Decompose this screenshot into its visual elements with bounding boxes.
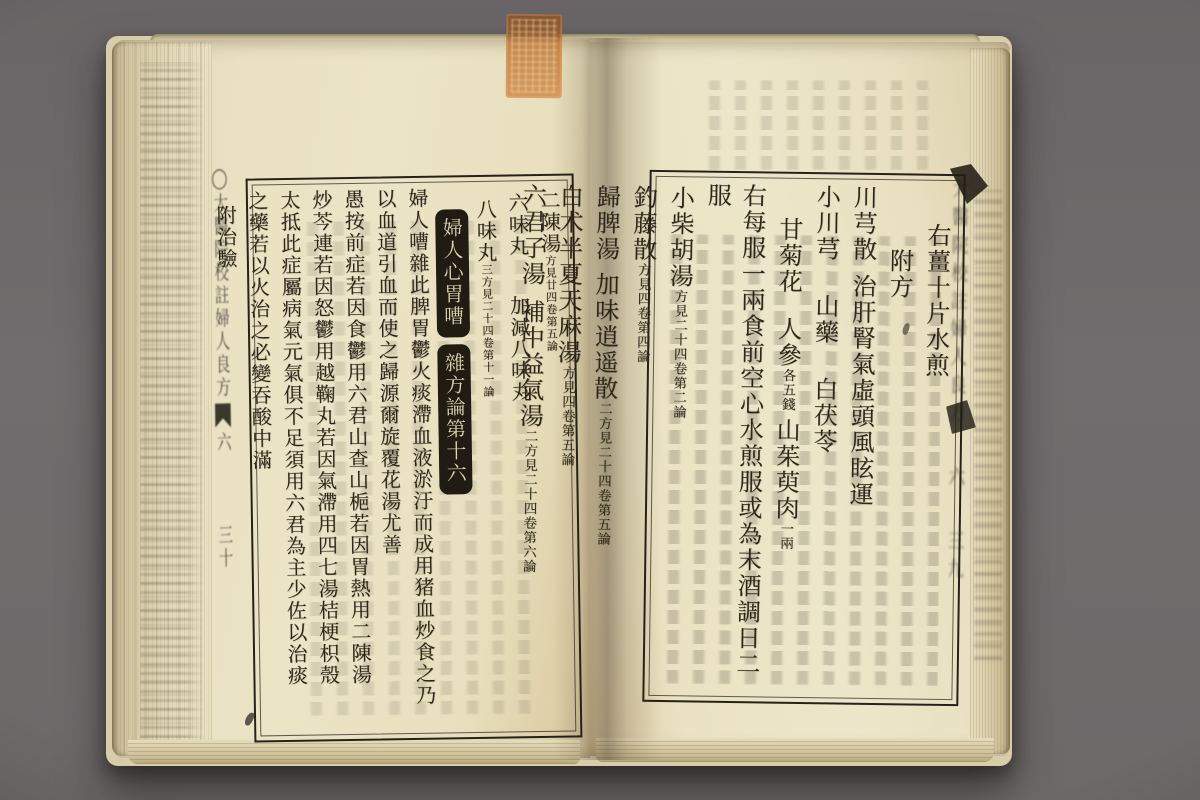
column-text: 山藥	[810, 293, 839, 345]
cross-reference-note: 各五錢	[779, 368, 795, 412]
chapter-title-cartouche: 婦人心胃嘈雜方論第十六	[435, 183, 477, 731]
body-line-3: 愚按前症若因食鬱用六君山查山梔若因胃熱用二陳湯	[339, 185, 377, 733]
column-text: 白茯苓	[809, 376, 838, 454]
cross-reference-note: 二方見二十四卷第五論	[594, 402, 611, 547]
column-text: 六君子湯	[517, 183, 546, 287]
column-text: 山茱萸肉	[771, 418, 800, 522]
decoction-instruction: 右薑十片水煎	[913, 182, 955, 698]
column-text: 川芎散	[848, 184, 877, 262]
usage-instruction: 右每服一兩食前空心水煎服或為末酒調日二服	[693, 179, 770, 696]
right-page-text: 右薑十片水煎附方川芎散治肝腎氣虛頭風眩運小川芎山藥白茯苓甘菊花人參各五錢山茱萸肉…	[652, 178, 955, 698]
cross-reference-note: 方見四卷第五論	[559, 366, 575, 467]
column-text: 之藥若以火治之必變吞酸中滿	[245, 190, 273, 471]
column-gap	[862, 262, 863, 273]
photo-background: { "photo": { "background_color": "#6f6b6…	[0, 0, 1200, 800]
body-line-1: 婦人嘈雜此脾胃鬱火痰滯血液淤汙而成用猪血炒食之乃	[403, 184, 441, 732]
diaoteng-san: 釣藤散方見四卷第四論	[619, 177, 661, 693]
body-line-4: 炒芩連若因怒鬱用越鞠丸若因氣滯用四七湯桔梗枳殼	[307, 185, 345, 733]
collector-seal	[506, 14, 563, 98]
cross-reference-note: 方見四卷第四論	[634, 263, 650, 364]
column-text: 太抵此症屬病氣元氣俱不足須用六君為主少佐以治痰	[277, 190, 309, 687]
column-gap	[823, 345, 824, 376]
column-text: 歸脾湯	[591, 184, 620, 262]
cross-reference-note: 二方見二十四卷第六論	[520, 429, 537, 574]
column-text: 小川芎	[811, 184, 840, 262]
guipi-tang: 歸脾湯加味逍遥散二方見二十四卷第五論	[582, 177, 624, 693]
chapter-title-bar: 婦人心胃嘈	[435, 209, 470, 338]
column-text: 治肝腎氣虛頭風眩運	[845, 273, 876, 507]
seal-script-pattern	[511, 19, 558, 93]
cross-reference-note: 三方見二十四卷第十一論	[480, 264, 495, 398]
column-text: 釣藤散	[628, 185, 657, 263]
chuanxiong-san: 川芎散治肝腎氣虛頭風眩運	[839, 181, 881, 697]
column-text: 加味逍遥散	[589, 272, 619, 402]
column-gap	[787, 295, 788, 317]
column-text: 八味丸	[473, 199, 498, 264]
body-line-2: 以血道引血而使之歸源爾旋覆花湯尤善	[371, 184, 409, 732]
column-text: 以血道引血而使之歸源爾旋覆花湯尤善	[373, 188, 403, 556]
right-edge-ink-specks	[974, 190, 1002, 660]
column-gap	[530, 287, 531, 299]
column-text: 附方	[885, 248, 914, 300]
left-edge-ink-specks	[140, 62, 204, 738]
column-gap	[825, 262, 826, 293]
bottom-leaf-edges-left	[128, 740, 580, 764]
column-gap	[605, 262, 606, 272]
column-text: 右薑十片水煎	[921, 222, 951, 378]
ingredients-line-2: 甘菊花人參各五錢山茱萸肉一兩	[765, 180, 807, 696]
cross-reference-note: 一兩	[777, 522, 792, 551]
column-text: 婦人嘈雜此脾胃鬱火痰滯血液淤汙而成用猪血炒食之乃	[405, 188, 437, 707]
column-text: 人參	[773, 316, 802, 368]
body-line-5: 太抵此症屬病氣元氣俱不足須用六君為主少佐以治痰	[275, 186, 313, 734]
column-text: 炒芩連若因怒鬱用越鞠丸若因氣滯用四七湯桔梗枳殼	[309, 189, 341, 686]
xiao-chaihu-tang: 小柴胡湯方見二十四卷第二論	[656, 178, 698, 694]
appended-formulas-heading: 附方	[876, 181, 918, 697]
ingredients-line-1: 小川芎山藥白茯苓	[802, 180, 844, 696]
column-text: 甘菊花	[774, 217, 803, 295]
bawei-wan: 八味丸三方見二十四卷第十一論	[471, 183, 509, 731]
column-text: 小柴胡湯	[665, 185, 694, 289]
cross-reference-note: 方見二十四卷第二論	[670, 289, 687, 419]
liujunzi-tang: 六君子湯補中益氣湯二方見二十四卷第六論	[508, 176, 550, 692]
chapter-title-bar: 雜方論第十六	[437, 344, 472, 494]
baizhu-banxia-tianma-tang: 白术半夏天麻湯方見四卷第五論	[545, 176, 587, 692]
column-text: 愚按前症若因食鬱用六君山查山梔若因胃熱用二陳湯	[341, 189, 373, 686]
column-text: 白术半夏天麻湯	[553, 184, 584, 366]
column-text: 附治驗	[213, 205, 238, 270]
right-text-frame: 右薑十片水煎附方川芎散治肝腎氣虛頭風眩運小川芎山藥白茯苓甘菊花人參各五錢山茱萸肉…	[642, 170, 965, 706]
column-text: 補中益氣湯	[515, 299, 545, 429]
column-text: 右每服一兩食前空心水煎服或為末酒調日二服	[703, 182, 766, 677]
